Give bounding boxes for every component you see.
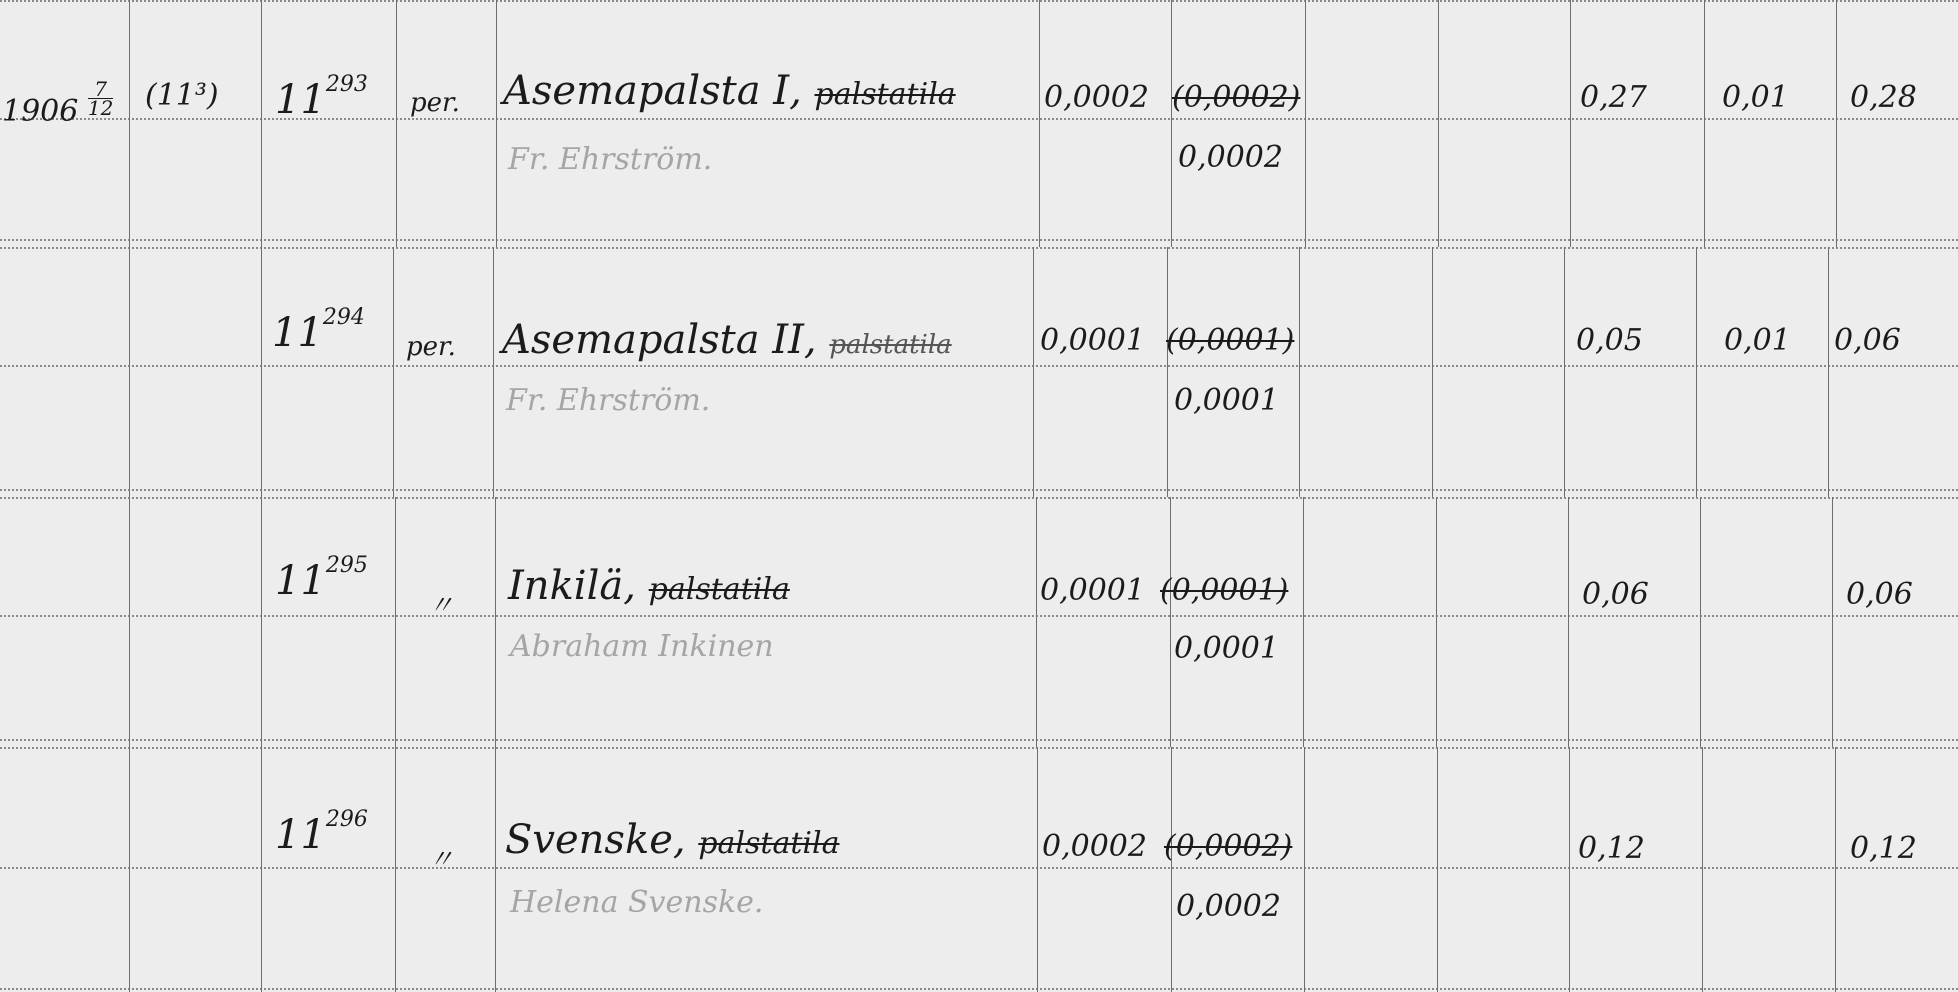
total-value: 0,28 — [1850, 80, 1917, 115]
entry-type: 〃 — [428, 839, 454, 876]
col-divider — [0, 247, 130, 497]
parcel-name: Svenske, palstatila — [505, 817, 839, 863]
total-value: 0,12 — [1850, 831, 1917, 866]
col-divider — [496, 497, 1037, 747]
col-divider — [0, 747, 130, 992]
area-corrected-value: 0,0001 — [1174, 631, 1279, 666]
col-divider — [497, 0, 1040, 247]
col-divider — [0, 497, 130, 747]
col-divider — [394, 247, 494, 497]
col-divider — [130, 747, 262, 992]
col-divider — [397, 0, 497, 247]
entry-type: per. — [406, 332, 456, 362]
total-value: 0,06 — [1834, 323, 1901, 358]
area-struck-value: (0,0002) — [1172, 80, 1300, 115]
col-divider — [130, 0, 262, 247]
owner-name: Helena Svenske. — [510, 885, 763, 920]
owner-name: Fr. Ehrström. — [506, 383, 710, 418]
col-divider — [1034, 247, 1168, 497]
area-value: 0,0001 — [1040, 323, 1145, 358]
col-divider — [1439, 0, 1571, 247]
struck-text: palstatila — [815, 77, 956, 112]
area-struck-value: (0,0001) — [1160, 573, 1288, 608]
owner-name: Fr. Ehrström. — [508, 142, 712, 177]
total-value: 0,06 — [1846, 577, 1913, 612]
ledger-row: 11294 per. Asemapalsta II, palstatila Fr… — [0, 247, 1958, 497]
entry-reference: (11³) — [145, 78, 219, 113]
col-divider — [496, 747, 1038, 992]
col-divider — [1705, 0, 1837, 247]
col-divider — [1569, 497, 1701, 747]
col-divider — [396, 497, 496, 747]
parcel-number: 11296 — [275, 807, 368, 858]
area-value: 0,0001 — [1040, 573, 1145, 608]
col-divider — [1703, 747, 1836, 992]
area-value: 0,0002 — [1044, 80, 1149, 115]
value-a: 0,12 — [1578, 831, 1645, 866]
col-divider — [1038, 747, 1172, 992]
col-divider — [1836, 747, 1958, 992]
owner-name: Abraham Inkinen — [510, 629, 774, 664]
col-divider — [262, 0, 397, 247]
col-divider — [1171, 497, 1304, 747]
parcel-name: Asemapalsta I, palstatila — [503, 68, 956, 114]
ledger-row: 11295 〃 Inkilä, palstatila Abraham Inkin… — [0, 497, 1958, 747]
ledger-row: 1906 712 (11³) 11293 per. Asemapalsta I,… — [0, 0, 1958, 247]
value-a: 0,06 — [1582, 577, 1649, 612]
col-divider — [1306, 0, 1439, 247]
struck-text: palstatila — [698, 826, 839, 861]
area-corrected-value: 0,0002 — [1178, 140, 1283, 175]
area-corrected-value: 0,0002 — [1176, 889, 1281, 924]
col-divider — [1570, 747, 1703, 992]
area-corrected-value: 0,0001 — [1174, 383, 1279, 418]
col-divider — [1040, 0, 1172, 247]
entry-type: 〃 — [428, 585, 454, 622]
entry-type: per. — [410, 88, 460, 118]
area-struck-value: (0,0001) — [1166, 323, 1294, 358]
col-divider — [1037, 497, 1171, 747]
col-divider — [1172, 0, 1306, 247]
col-divider — [1833, 497, 1958, 747]
parcel-name: Asemapalsta II, palstatila — [502, 317, 952, 363]
col-divider — [262, 497, 396, 747]
parcel-number: 11293 — [275, 72, 368, 123]
col-divider — [262, 247, 394, 497]
value-a: 0,27 — [1580, 80, 1647, 115]
col-divider — [1438, 747, 1570, 992]
col-divider — [262, 747, 396, 992]
col-divider — [1437, 497, 1569, 747]
col-divider — [1304, 497, 1437, 747]
col-divider — [1168, 247, 1300, 497]
col-divider — [1433, 247, 1565, 497]
value-b: 0,01 — [1724, 323, 1791, 358]
parcel-name: Inkilä, palstatila — [508, 563, 790, 609]
entry-date: 1906 712 — [2, 80, 113, 129]
col-divider — [1300, 247, 1433, 497]
struck-text: palstatila — [829, 330, 951, 360]
ledger-row: 11296 〃 Svenske, palstatila Helena Svens… — [0, 747, 1958, 992]
col-divider — [130, 247, 262, 497]
col-divider — [1829, 247, 1958, 497]
col-divider — [1701, 497, 1833, 747]
col-divider — [1837, 0, 1958, 247]
col-divider — [1565, 247, 1697, 497]
col-divider — [1172, 747, 1305, 992]
parcel-number: 11295 — [275, 553, 368, 604]
parcel-number: 11294 — [272, 305, 365, 356]
value-b: 0,01 — [1722, 80, 1789, 115]
area-value: 0,0002 — [1042, 829, 1147, 864]
value-a: 0,05 — [1576, 323, 1643, 358]
col-divider — [1571, 0, 1705, 247]
struck-text: palstatila — [649, 572, 790, 607]
area-struck-value: (0,0002) — [1164, 829, 1292, 864]
col-divider — [494, 247, 1034, 497]
ledger-page: 1906 712 (11³) 11293 per. Asemapalsta I,… — [0, 0, 1958, 992]
col-divider — [1305, 747, 1438, 992]
col-divider — [1697, 247, 1829, 497]
col-divider — [130, 497, 262, 747]
